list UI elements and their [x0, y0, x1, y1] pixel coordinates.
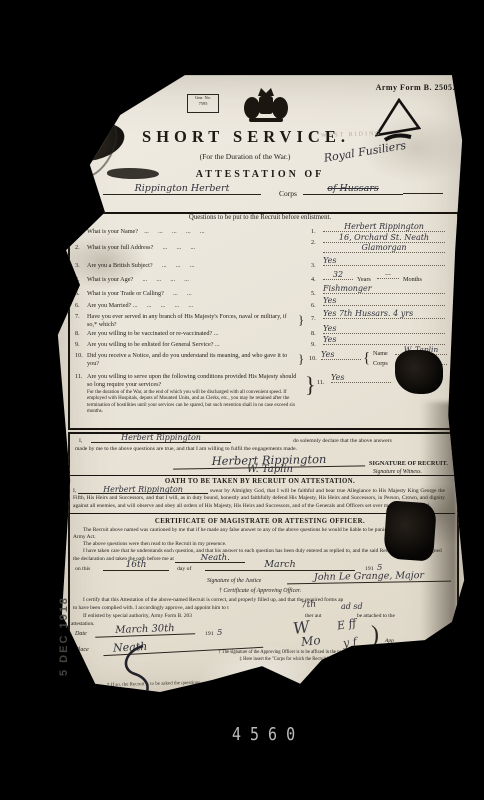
corps-label: Corps — [279, 189, 297, 198]
q6-number: 6. — [75, 302, 80, 310]
a4-age-handwriting: 32 — [323, 270, 353, 280]
a6-handwriting: Yes — [323, 296, 445, 306]
certificate-ink-blot — [383, 500, 437, 561]
q7-text: Have you ever served in any branch of Hi… — [87, 313, 297, 328]
a10-handwriting: Yes — [321, 350, 361, 360]
a6-number: 6. — [311, 302, 316, 310]
declaration-name-handwriting: Herbert Rippington — [91, 433, 231, 443]
q1-number: 1. — [75, 228, 80, 236]
declaration-text1: do solemnly declare that the above answe… — [293, 438, 392, 445]
a4-number: 4. — [311, 276, 316, 284]
signature-flourish — [113, 644, 163, 706]
magistrate-heading: CERTIFICATE OF MAGISTRATE OR ATTESTING O… — [85, 518, 435, 525]
q4-number: 4. — [75, 276, 80, 284]
q5-number: 5. — [75, 290, 80, 298]
a1-number: 1. — [311, 228, 316, 236]
declaration-lead: I, — [79, 438, 82, 445]
a3-handwriting: Yes — [323, 256, 445, 266]
a8-handwriting: Yes — [323, 324, 445, 334]
a8-number: 8. — [311, 330, 316, 338]
oath-divider-line — [68, 475, 455, 476]
q11-brace: } — [305, 372, 316, 398]
a9-handwriting: Yes — [323, 335, 445, 345]
approving-scribble-4: y f — [342, 635, 357, 650]
q5-text: What is your Trade or Calling? ... ... — [87, 290, 305, 298]
a11-handwriting: Yes — [331, 373, 391, 383]
q11-ink-blot — [395, 350, 443, 394]
a7-number: 7. — [311, 315, 316, 323]
attestation-heading: ATTESTATION OF — [155, 169, 365, 180]
army-form-number: Army Form B. 2505. — [376, 83, 455, 92]
royal-crest-icon — [241, 82, 291, 126]
justice-signature-label: Signature of the Justice — [207, 578, 261, 584]
a11-number: 11. — [317, 379, 325, 387]
scanned-attestation-document: { "header": { "army_form": "Army Form B.… — [0, 0, 484, 800]
oath-name-handwriting: Herbert Rippington — [78, 486, 208, 494]
q4-text: What is your Age? ... ... ... ... — [87, 276, 305, 284]
gen-no-box: Gen. No. 7595 — [187, 94, 219, 113]
q3-text: Are you a British Subject? ... ... ... — [87, 262, 305, 270]
corps-line-extension — [403, 183, 443, 194]
corps-struck-handwriting: of Hussars — [303, 183, 403, 195]
approving-officer-fragment: App — [385, 638, 394, 644]
approving-p2c: be attached to the — [357, 613, 395, 620]
q8-text: Are you willing to be vaccinated or re-v… — [87, 330, 305, 338]
appoint-handwriting-2: ad sd — [341, 602, 363, 611]
q8-number: 8. — [75, 330, 80, 338]
declaration-text2: made by me to the above questions are tr… — [75, 446, 447, 453]
footnote-2: ‡ Here insert the "Corps for which the R… — [165, 657, 435, 663]
q2-number: 2. — [75, 244, 80, 252]
a9-number: 9. — [311, 341, 316, 349]
date-received-stamp: 5 DEC 1918 — [58, 556, 70, 676]
q10-brace: } — [298, 351, 304, 367]
a2-handwriting-line2: Glamorgan — [323, 243, 445, 253]
on-this-label: on this — [75, 566, 90, 573]
no-label: No. — [61, 189, 72, 198]
footnote-1: † The signature of the Approving Officer… — [165, 650, 435, 656]
approving-bracket: ) — [371, 622, 379, 649]
month-handwriting: March — [205, 559, 355, 571]
a7-handwriting: Yes 7th Hussars. 4 yrs — [323, 309, 445, 319]
a4-months-label: Months — [403, 276, 422, 284]
approving-p1a: I certify that this Attestation of the a… — [73, 597, 447, 604]
a4-years-label: Years — [357, 276, 371, 284]
a3-number: 3. — [311, 262, 316, 270]
q10-number: 10. — [75, 352, 83, 360]
a10-brace: { — [363, 350, 370, 367]
gen-no-value: 7595 — [188, 101, 218, 107]
name-label: Name — [79, 189, 97, 198]
a5-number: 5. — [311, 290, 316, 298]
oath-heading: OATH TO BE TAKEN BY RECRUIT ON ATTESTATI… — [85, 478, 435, 485]
q11-conditions-note: For the duration of the War, at the end … — [87, 390, 302, 416]
a10-name-label: Name — [373, 350, 388, 358]
ink-smudge — [107, 168, 159, 179]
q3-number: 3. — [75, 262, 80, 270]
q9-number: 9. — [75, 341, 80, 349]
a4-months-value: — — [377, 272, 399, 279]
date-label: Date — [75, 631, 87, 637]
q1-text: What is your Name? ... ... ... ... ... — [87, 228, 305, 236]
q11-text: Are you willing to serve upon the follow… — [87, 373, 302, 388]
q7-number: 7. — [75, 313, 80, 321]
a2-handwriting-line1: 16, Orchard St. Neath — [323, 233, 445, 243]
approving-p2d: attestation. — [71, 621, 95, 628]
frame-counter: 4560 — [232, 723, 304, 745]
a1-handwriting: Herbert Rippington — [323, 222, 445, 232]
place-label: Place — [75, 647, 89, 653]
day-handwriting: 16th — [103, 560, 169, 571]
approving-p1b: to have been complied with. I accordingl… — [73, 605, 313, 612]
q11-number: 11. — [75, 373, 83, 381]
a10-number: 10. — [309, 355, 317, 363]
q6-text: Are you Married? ... ... ... ... ... — [87, 302, 305, 310]
oath-lead: I, — [73, 488, 76, 494]
name-line: No. Name Rippington Herbert Corps of Hus… — [55, 186, 465, 200]
a10-corps-label: Corps — [373, 360, 388, 368]
q10-text: Did you receive a Notice, and do you und… — [87, 352, 297, 367]
day-of-label: day of — [177, 566, 191, 573]
q2-text: What is your full Address? ... ... ... — [87, 244, 305, 252]
a2-number: 2. — [311, 239, 316, 247]
attestation-paper: Army Form B. 2505. Gen. No. 7595 SHORT S… — [55, 72, 465, 704]
approving-scribble-2: Mo — [300, 633, 321, 649]
appoint-handwriting-1: 7th — [301, 599, 317, 610]
recruit-name-handwriting: Rippington Herbert — [103, 183, 261, 195]
questions-heading: Questions to be put to the Recruit befor… — [85, 214, 435, 221]
approving-p2a: If enlisted by special authority, Army F… — [83, 613, 192, 620]
q9-text: Are you willing to be enlisted for Gener… — [87, 341, 305, 349]
approving-heading: † Certificate of Approving Officer. — [115, 588, 405, 594]
q7-brace: } — [298, 312, 304, 328]
a5-handwriting: Fishmonger — [323, 284, 445, 294]
